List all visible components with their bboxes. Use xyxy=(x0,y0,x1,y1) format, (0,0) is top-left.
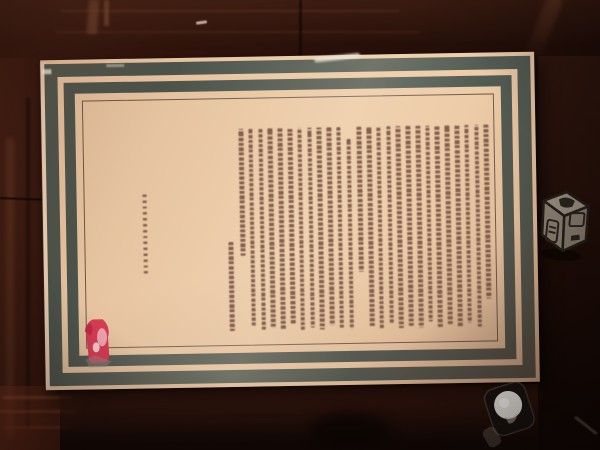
blurb-line xyxy=(454,125,462,327)
wood-grain-streak xyxy=(87,0,99,34)
wood-grain-streak xyxy=(104,0,109,26)
icon-die-graphic xyxy=(532,186,596,269)
pendant-object xyxy=(479,379,543,450)
blurb-line xyxy=(425,126,433,322)
publisher-logo-icon xyxy=(80,297,115,368)
wood-grain-line xyxy=(60,10,400,12)
blurb-line xyxy=(415,126,423,328)
wood-dark-patch xyxy=(310,412,390,450)
blurb-line xyxy=(376,126,384,328)
blurb-line xyxy=(336,127,344,329)
wood-speck xyxy=(196,20,207,25)
wood-grain-line xyxy=(55,31,420,33)
blurb-text-block xyxy=(222,125,492,332)
blurb-line xyxy=(297,128,305,330)
blurb-line xyxy=(258,128,266,330)
icon-die xyxy=(532,186,596,269)
blurb-line xyxy=(484,125,492,299)
blurb-line xyxy=(366,127,374,327)
blurb-line xyxy=(238,129,245,256)
blurb-line xyxy=(386,126,394,324)
blurb-line xyxy=(326,127,334,325)
blurb-line xyxy=(474,125,482,327)
blurb-line xyxy=(317,127,325,329)
blurb-line xyxy=(248,129,256,327)
blurb-line xyxy=(307,128,315,328)
series-caption-line xyxy=(142,195,148,275)
blurb-line xyxy=(357,127,364,272)
blurb-line xyxy=(278,128,286,330)
wood-seam xyxy=(299,0,302,58)
blurb-line xyxy=(268,128,276,328)
blurb-line xyxy=(464,125,472,323)
blurb-line xyxy=(229,242,235,331)
blurb-line xyxy=(445,125,453,325)
blurb-line xyxy=(406,126,414,326)
wood-top-strip xyxy=(0,0,600,60)
cover-content-rotated xyxy=(40,52,540,391)
blurb-line xyxy=(435,125,443,327)
blurb-line xyxy=(287,128,295,324)
wood-scratch xyxy=(574,416,598,436)
blurb-line xyxy=(346,139,354,329)
wood-grain-streak xyxy=(26,98,30,428)
photograph xyxy=(0,0,600,450)
book-back-cover xyxy=(40,52,540,391)
blurb-line xyxy=(396,126,404,328)
wood-bottom-shadow xyxy=(60,384,542,450)
publisher-logo xyxy=(80,297,115,368)
pendant-graphic xyxy=(479,379,543,450)
